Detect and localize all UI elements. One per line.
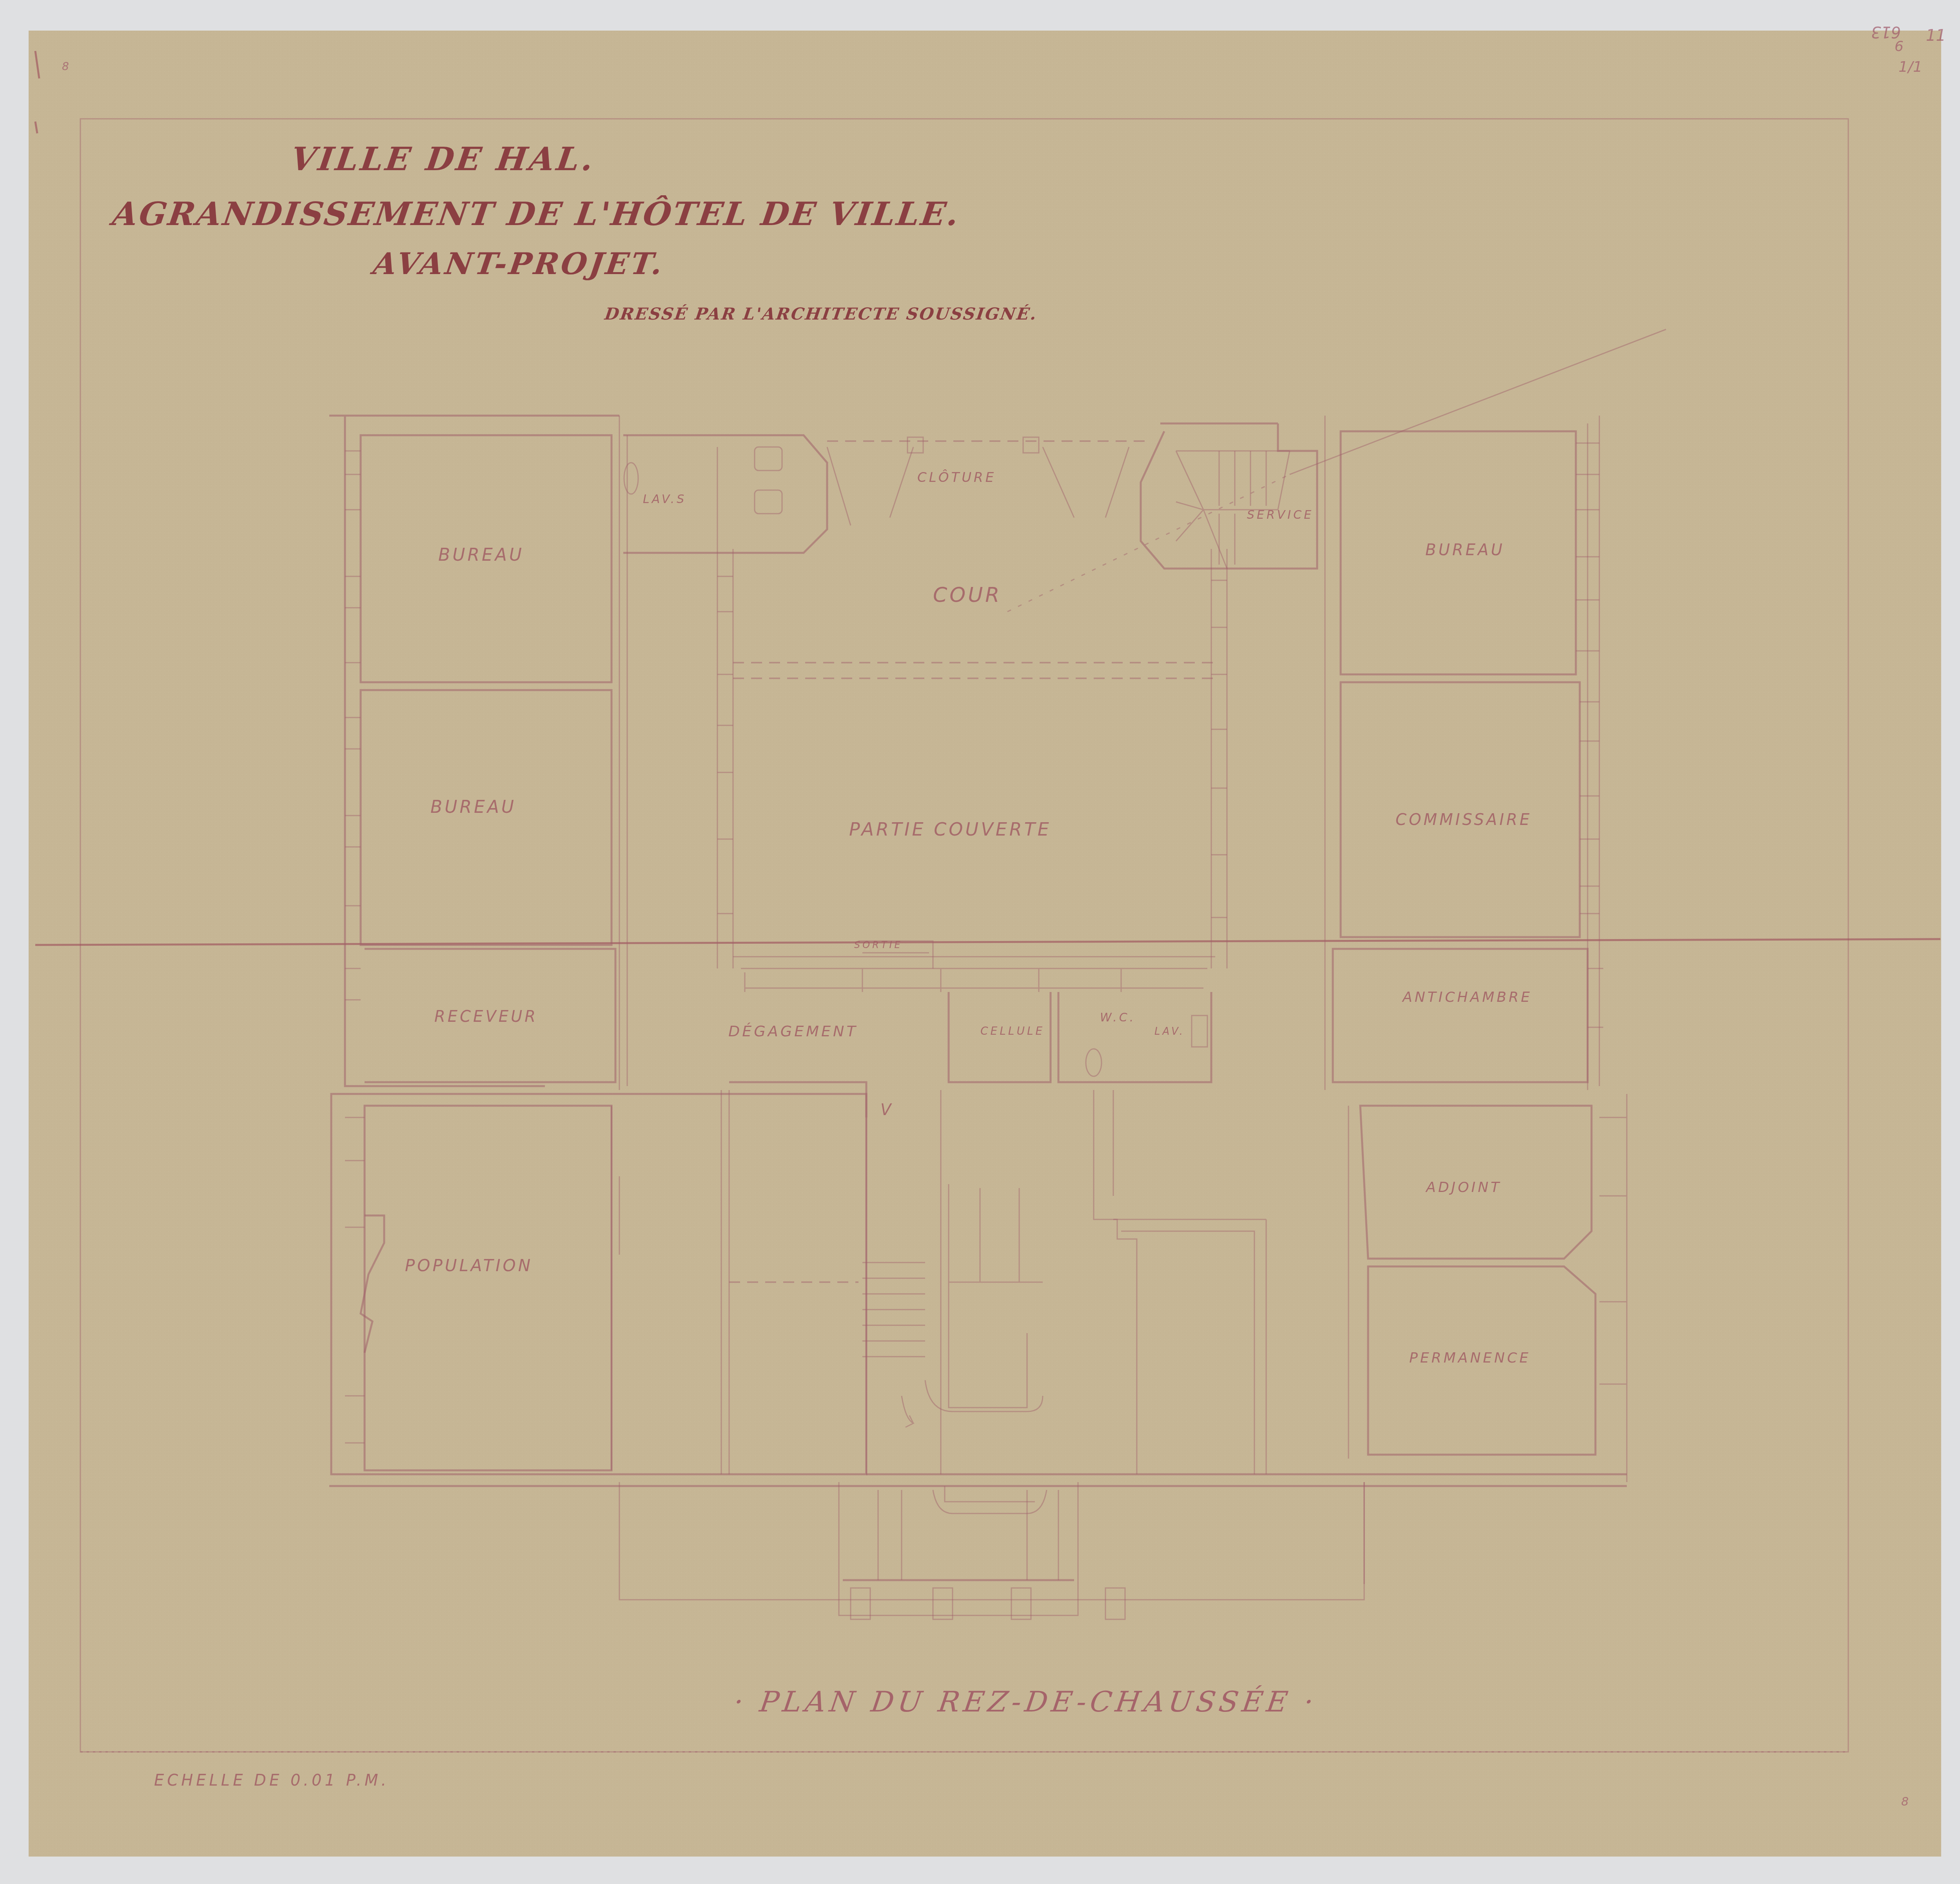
stair-direction-arrow: V	[880, 1101, 891, 1119]
main-stair-steps	[862, 1263, 925, 1357]
room-antichambre	[1333, 949, 1588, 1082]
label-population: Population	[405, 1256, 533, 1275]
label-degagement: Dégagement	[728, 1023, 858, 1040]
archive-mark-4: 1/1	[1898, 58, 1922, 75]
header-project: AGRANDISSEMENT DE L'HÔTEL DE VILLE.	[110, 195, 962, 233]
room-population	[331, 1094, 866, 1474]
scale-note: ECHELLE DE 0.01 P.M.	[154, 1771, 389, 1790]
archive-mark-2: 6	[1895, 38, 1904, 55]
label-lav: Lav.	[1154, 1026, 1185, 1037]
header-city: VILLE DE HAL.	[289, 140, 598, 178]
archive-mark-3: 11	[1926, 27, 1946, 45]
room-bureau-2	[361, 690, 612, 945]
label-bureau-top-right: Bureau	[1425, 541, 1504, 559]
label-sortie: Sortie	[854, 939, 903, 950]
label-cloture: Clôture	[917, 470, 996, 485]
room-commissaire	[1341, 682, 1580, 937]
service-stair	[1141, 423, 1317, 569]
label-commissaire: Commissaire	[1396, 811, 1532, 829]
label-receveur: Receveur	[434, 1008, 538, 1026]
header-phase: AVANT-PROJET.	[371, 246, 667, 281]
header-signature: DRESSÉ PAR L'ARCHITECTE SOUSSIGNÉ.	[604, 304, 1039, 323]
label-bureau-mid-left: Bureau	[430, 797, 516, 817]
label-permanence: Permanence	[1409, 1350, 1531, 1366]
label-service: Service	[1247, 508, 1314, 522]
drawing-sheet: VILLE DE HAL. AGRANDISSEMENT DE L'HÔTEL …	[29, 31, 1941, 1857]
label-partie-couverte: Partie couverte	[849, 819, 1051, 840]
label-lavabos: Lav.s	[643, 492, 686, 506]
label-antichambre: Antichambre	[1403, 989, 1532, 1005]
stair-arrow	[902, 1396, 913, 1427]
room-wc	[1058, 992, 1211, 1082]
archive-mark-6: 8	[62, 60, 69, 73]
label-bureau-top-left: Bureau	[438, 545, 524, 565]
plan-title: · PLAN DU REZ-DE-CHAUSSÉE ·	[732, 1685, 1319, 1718]
fold-line	[35, 939, 1940, 945]
label-wc: W.C.	[1100, 1011, 1136, 1025]
label-cour: Cour	[933, 583, 1002, 607]
label-adjoint: Adjoint	[1426, 1179, 1502, 1195]
archive-mark-5: 8	[1901, 1795, 1909, 1809]
construction-line	[1290, 329, 1666, 474]
front-terrace	[619, 1482, 1364, 1600]
label-cellule: Cellule	[980, 1025, 1045, 1037]
